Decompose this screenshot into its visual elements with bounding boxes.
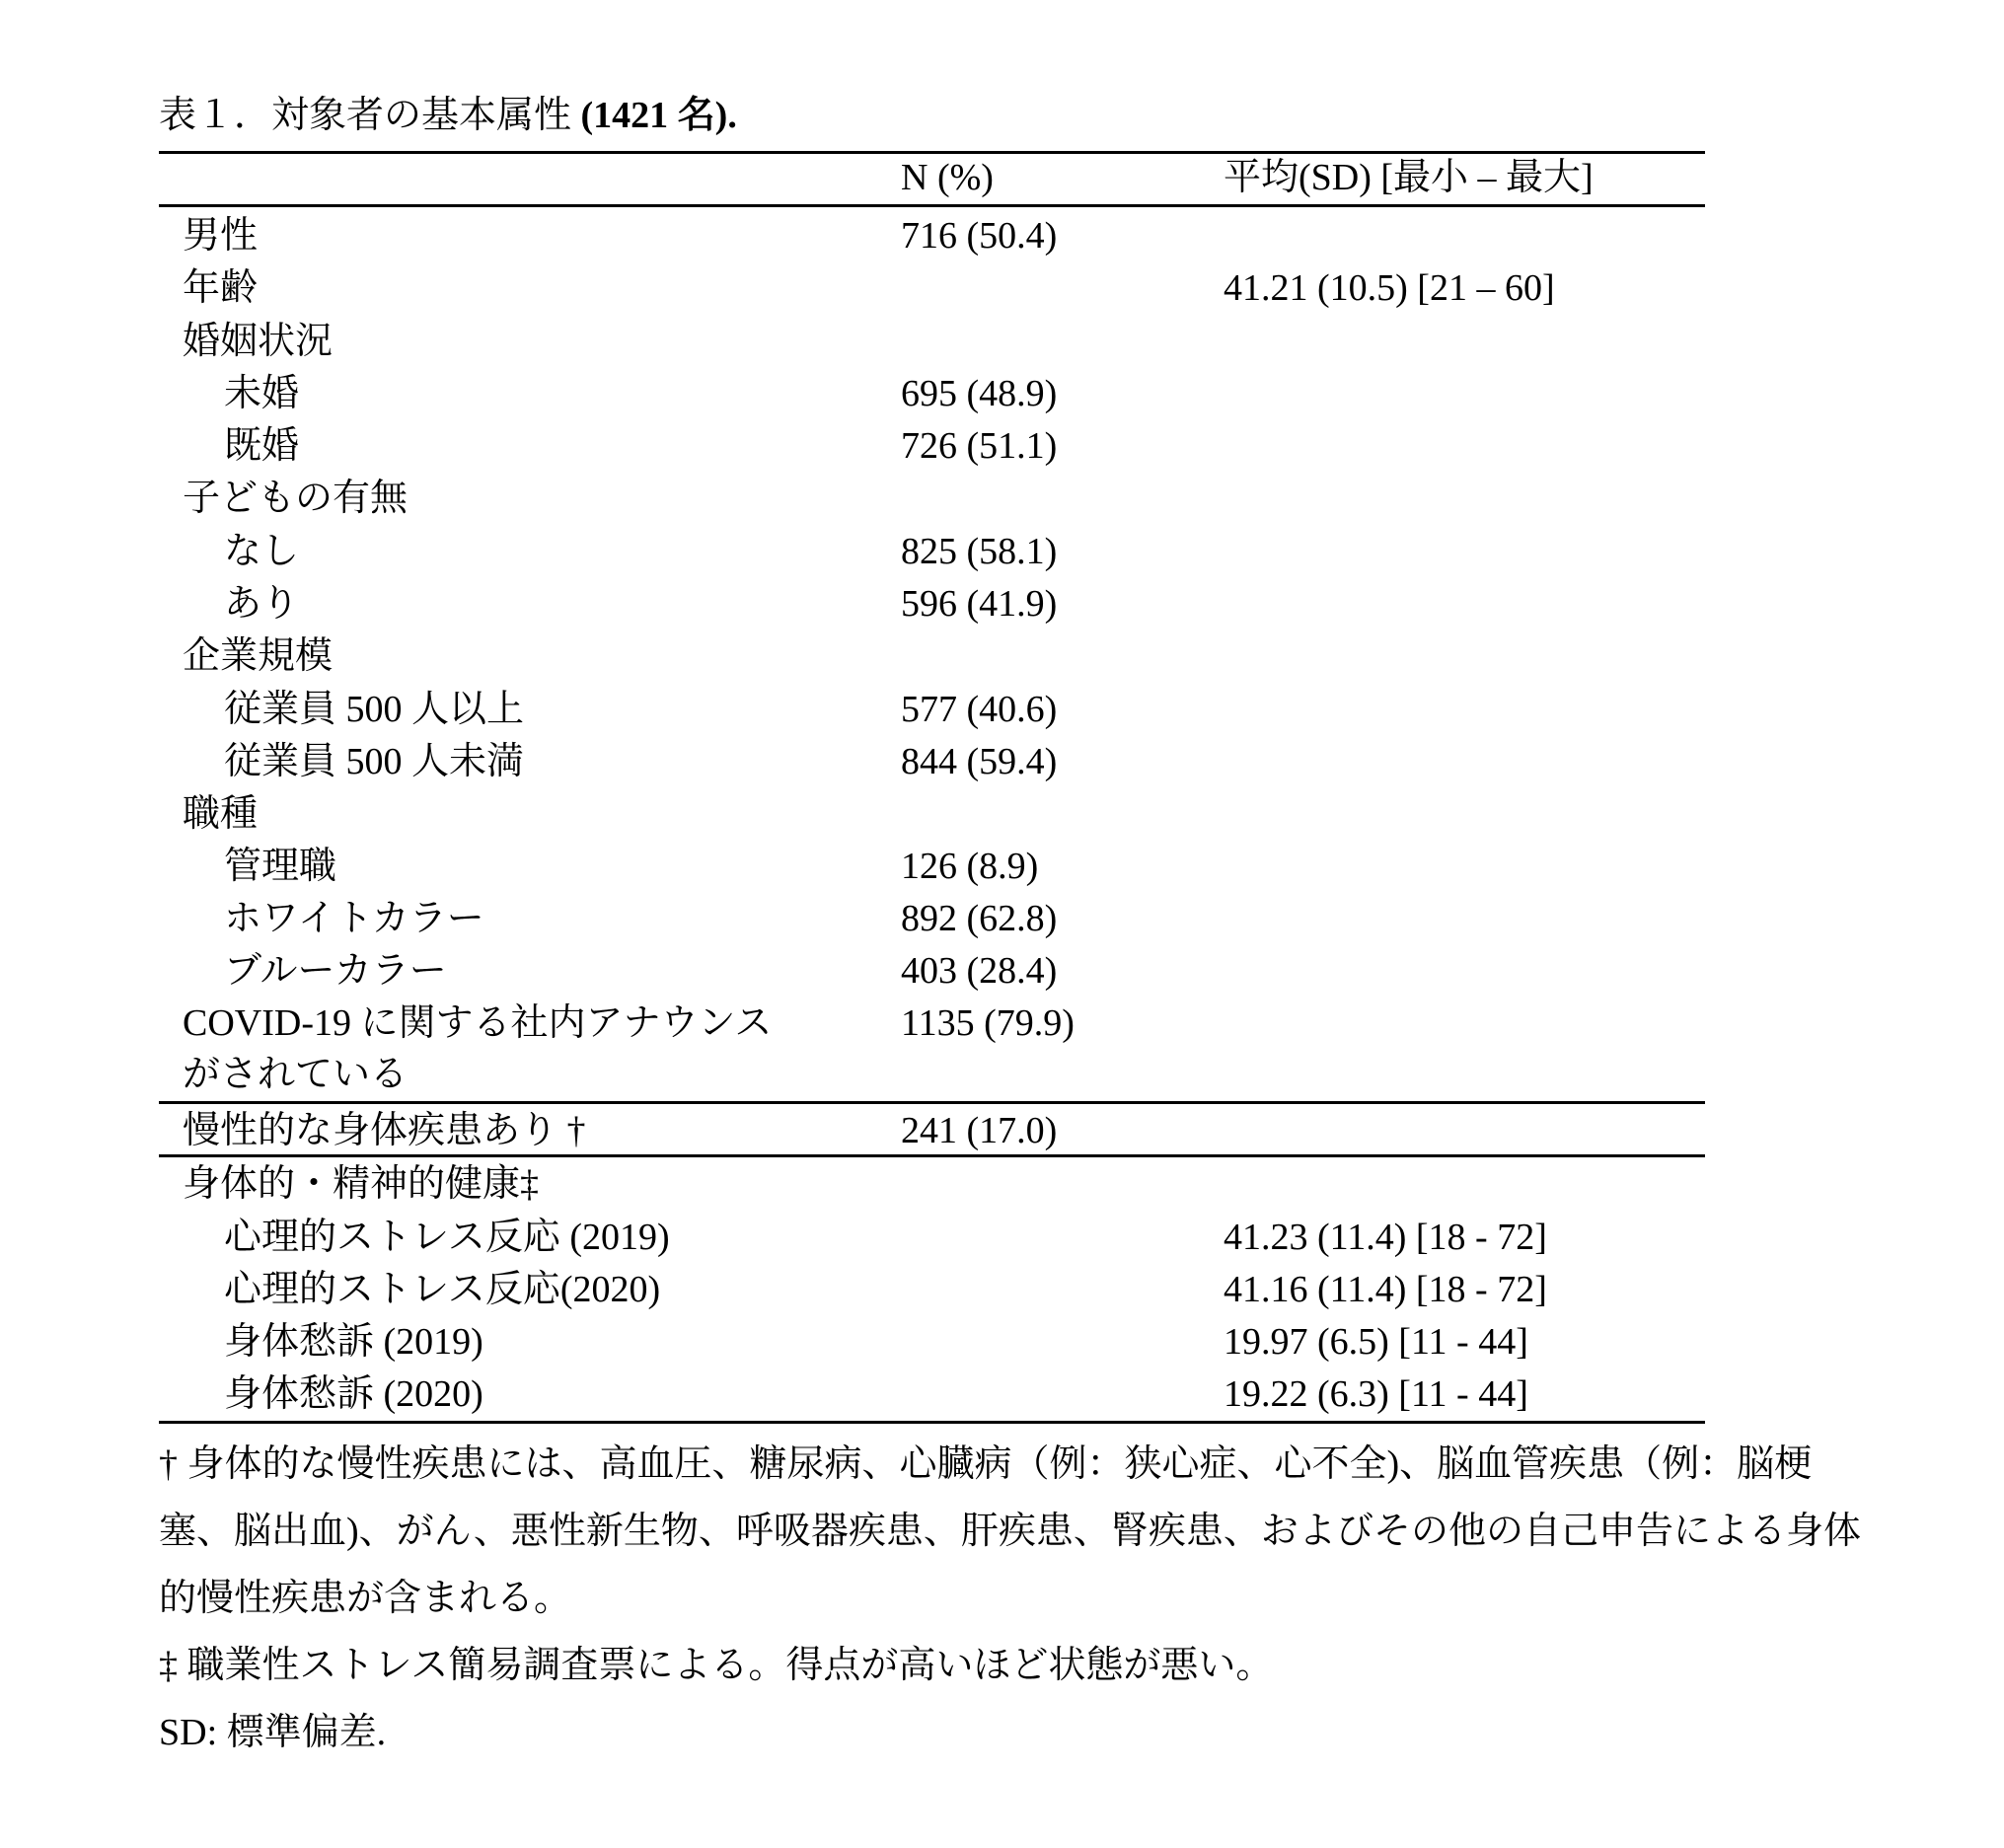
row-label: 男性 <box>183 210 258 262</box>
row-label: 心理的ストレス反応(2020) <box>224 1264 660 1316</box>
row-label: 管理職 <box>224 841 336 893</box>
table-row: ブルーカラー 403 (28.4) <box>159 945 1705 998</box>
footnote-dagger: † 身体的な慢性疾患には、高血圧、糖尿病、心臓病（例：狭心症、心不全)、脳血管疾… <box>159 1431 1876 1632</box>
table-row: 身体的・精神的健康‡ <box>159 1158 1705 1211</box>
row-mean: 19.22 (6.3) [11 - 44] <box>1224 1368 1528 1421</box>
table-footnotes: † 身体的な慢性疾患には、高血圧、糖尿病、心臓病（例：狭心症、心不全)、脳血管疾… <box>159 1431 1876 1766</box>
table-row: 従業員 500 人未満 844 (59.4) <box>159 736 1705 788</box>
row-n-pct: 241 (17.0) <box>901 1105 1057 1157</box>
table-row: 身体愁訴 (2020) 19.22 (6.3) [11 - 44] <box>159 1368 1705 1421</box>
row-label: COVID-19 に関する社内アナウンス <box>183 998 772 1050</box>
table-row: 慢性的な身体疾患あり † 241 (17.0) <box>159 1105 1705 1157</box>
row-label: ブルーカラー <box>224 945 447 998</box>
row-label: 既婚 <box>224 420 299 473</box>
table-row: 職種 <box>159 788 1705 841</box>
row-label: ホワイトカラー <box>224 893 484 945</box>
table-row: COVID-19 に関する社内アナウンス 1135 (79.9) <box>159 998 1705 1050</box>
row-label: 身体愁訴 (2019) <box>224 1316 483 1368</box>
row-n-pct: 726 (51.1) <box>901 420 1057 473</box>
table-row: 心理的ストレス反応(2020) 41.16 (11.4) [18 - 72] <box>159 1264 1705 1316</box>
row-label: 婚姻状況 <box>183 316 333 368</box>
row-n-pct: 403 (28.4) <box>901 945 1057 998</box>
table-row: 年齢 41.21 (10.5) [21 – 60] <box>159 262 1705 315</box>
row-mean: 41.16 (11.4) [18 - 72] <box>1224 1264 1547 1316</box>
row-mean: 41.21 (10.5) [21 – 60] <box>1224 262 1555 315</box>
table-row: 未婚 695 (48.9) <box>159 368 1705 420</box>
footnote-double-dagger: ‡ 職業性ストレス簡易調査票による。得点が高いほど状態が悪い。 <box>159 1632 1876 1699</box>
section-rule <box>159 1101 1705 1104</box>
row-n-pct: 825 (58.1) <box>901 526 1057 578</box>
row-label: 職種 <box>183 788 258 841</box>
row-label: 心理的ストレス反応 (2019) <box>224 1212 670 1264</box>
header-mean-sd-range: 平均(SD) [最小 – 最大] <box>1224 152 1594 204</box>
footnote-sd: SD: 標準偏差. <box>159 1699 1876 1766</box>
row-label: 慢性的な身体疾患あり † <box>183 1105 586 1157</box>
table-row: 身体愁訴 (2019) 19.97 (6.5) [11 - 44] <box>159 1316 1705 1368</box>
row-label: がされている <box>183 1049 408 1101</box>
row-n-pct: 126 (8.9) <box>901 841 1038 893</box>
row-label: 従業員 500 人以上 <box>224 684 524 736</box>
row-label: 未婚 <box>224 368 299 420</box>
row-n-pct: 892 (62.8) <box>901 893 1057 945</box>
row-n-pct: 716 (50.4) <box>901 210 1057 262</box>
table-header: N (%) 平均(SD) [最小 – 最大] <box>159 156 1705 208</box>
row-n-pct: 1135 (79.9) <box>901 998 1075 1050</box>
row-label: 年齢 <box>183 262 258 315</box>
caption-prefix: 表１．対象者の基本属性 <box>159 95 581 136</box>
row-label: 従業員 500 人未満 <box>224 736 524 788</box>
table-row: 既婚 726 (51.1) <box>159 420 1705 473</box>
row-label: 身体愁訴 (2020) <box>224 1368 483 1421</box>
table-row: 男性 716 (50.4) <box>159 210 1705 262</box>
header-n-pct: N (%) <box>901 152 994 204</box>
row-label: 身体的・精神的健康‡ <box>183 1158 539 1211</box>
table-row: あり 596 (41.9) <box>159 578 1705 630</box>
header-rule <box>159 204 1705 207</box>
row-label: 企業規模 <box>183 630 333 683</box>
table-row: 管理職 126 (8.9) <box>159 841 1705 893</box>
table-caption: 表１．対象者の基本属性 (1421 名). <box>159 91 737 140</box>
row-n-pct: 596 (41.9) <box>901 578 1057 630</box>
table-row: 企業規模 <box>159 630 1705 683</box>
row-mean: 41.23 (11.4) [18 - 72] <box>1224 1212 1547 1264</box>
bottom-rule <box>159 1421 1705 1424</box>
caption-count: (1421 名). <box>581 95 737 136</box>
row-label: あり <box>224 578 299 630</box>
table-row: 婚姻状況 <box>159 316 1705 368</box>
table-row: 心理的ストレス反応 (2019) 41.23 (11.4) [18 - 72] <box>159 1212 1705 1264</box>
row-n-pct: 695 (48.9) <box>901 368 1057 420</box>
row-label: なし <box>224 526 299 578</box>
table-row: ホワイトカラー 892 (62.8) <box>159 893 1705 945</box>
table-row: なし 825 (58.1) <box>159 526 1705 578</box>
row-n-pct: 577 (40.6) <box>901 684 1057 736</box>
table-row: 子どもの有無 <box>159 473 1705 525</box>
table-row: がされている <box>159 1049 1705 1101</box>
row-n-pct: 844 (59.4) <box>901 736 1057 788</box>
row-label: 子どもの有無 <box>183 473 408 525</box>
section-rule <box>159 1154 1705 1157</box>
table-row: 従業員 500 人以上 577 (40.6) <box>159 684 1705 736</box>
row-mean: 19.97 (6.5) [11 - 44] <box>1224 1316 1528 1368</box>
